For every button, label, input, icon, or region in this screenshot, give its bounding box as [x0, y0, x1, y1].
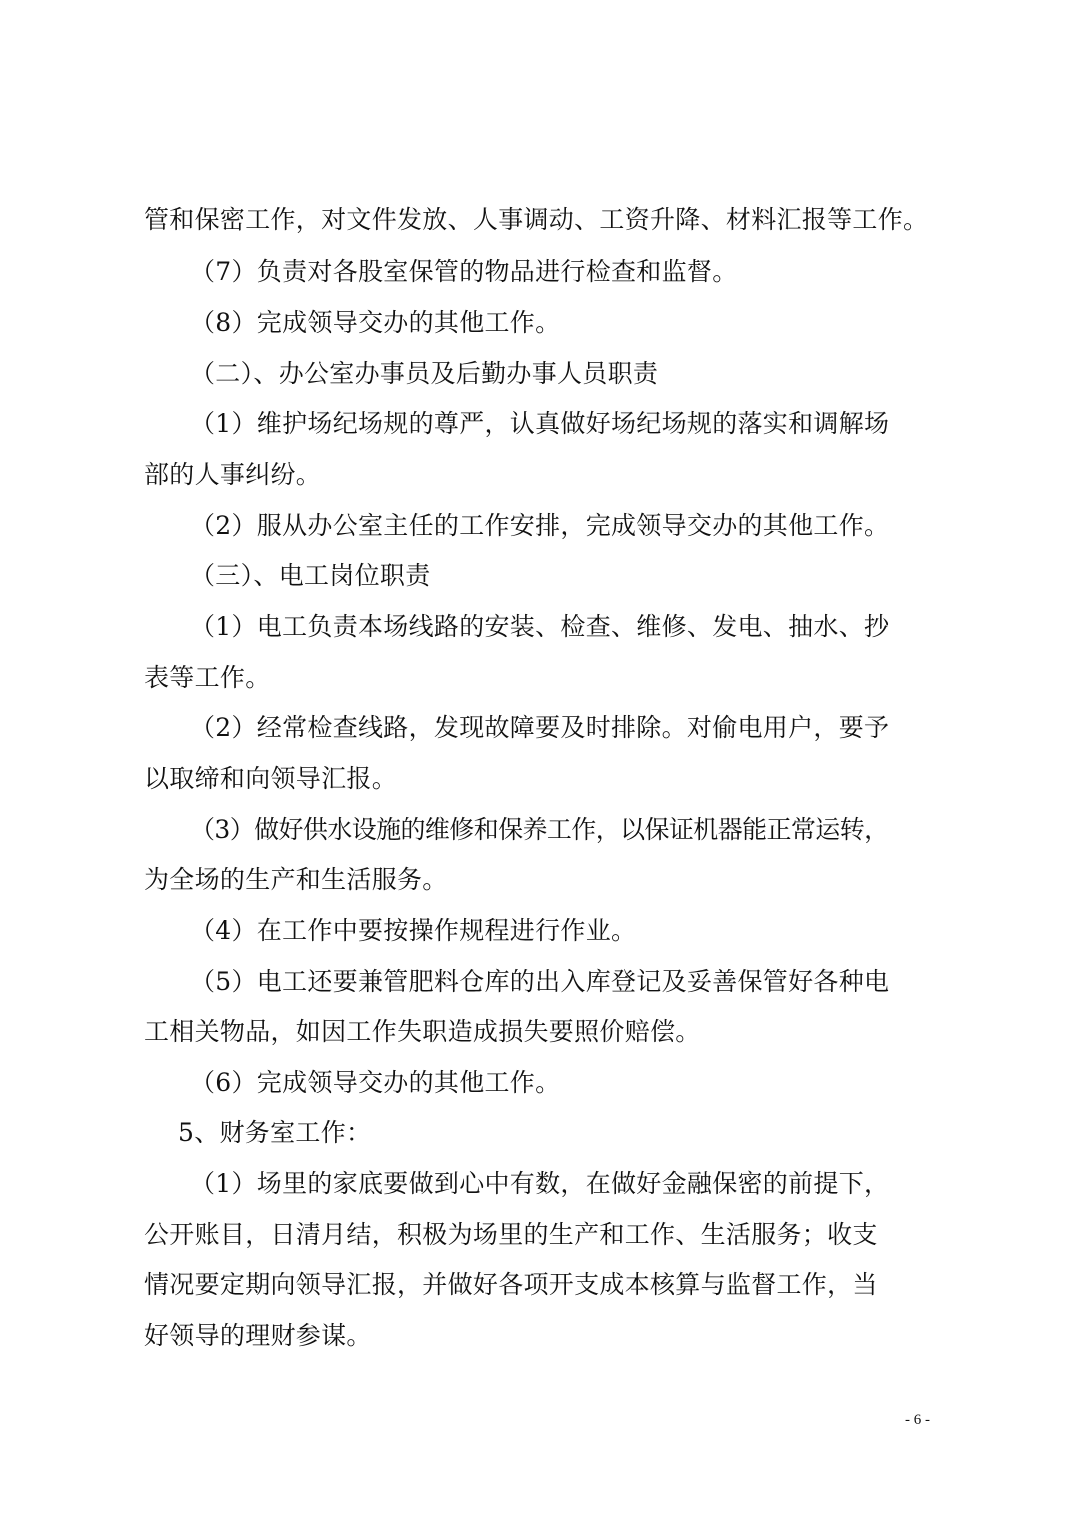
text-line: 好领导的理财参谋。 — [144, 1321, 372, 1351]
text-line: 以取缔和向领导汇报。 — [144, 764, 397, 794]
text-line: （7）负责对各股室保管的物品进行检查和监督。 — [190, 257, 738, 287]
section-heading: （三）、电工岗位职责 — [190, 561, 431, 591]
text-line: （8）完成领导交办的其他工作。 — [190, 308, 560, 338]
text-line: （1）场里的家底要做到心中有数，在做好金融保密的前提下， — [190, 1169, 889, 1199]
text-line: 工相关物品，如因工作失职造成损失要照价赔偿。 — [144, 1017, 701, 1047]
page-number: - 6 - — [905, 1412, 930, 1429]
document-page: 管和保密工作，对文件发放、人事调动、工资升降、材料汇报等工作。 （7）负责对各股… — [0, 0, 1074, 1520]
text-line: （2）经常检查线路，发现故障要及时排除。对偷电用户，要予 — [190, 713, 889, 743]
text-line: 情况要定期向领导汇报，并做好各项开支成本核算与监督工作，当 — [144, 1270, 878, 1300]
text-line: （1）电工负责本场线路的安装、检查、维修、发电、抽水、抄 — [190, 612, 889, 642]
text-line: 为全场的生产和生活服务。 — [144, 865, 448, 895]
text-line: （6）完成领导交办的其他工作。 — [190, 1068, 560, 1098]
text-line: 表等工作。 — [144, 663, 271, 693]
text-line: （2）服从办公室主任的工作安排，完成领导交办的其他工作。 — [190, 511, 889, 541]
text-line: 管和保密工作，对文件发放、人事调动、工资升降、材料汇报等工作。 — [144, 205, 928, 235]
text-line: （1）维护场纪场规的尊严，认真做好场纪场规的落实和调解场 — [190, 409, 889, 439]
text-line: （5）电工还要兼管肥料仓库的出入库登记及妥善保管好各种电 — [190, 967, 889, 997]
section-heading: 5、财务室工作： — [178, 1118, 371, 1148]
text-line: （4）在工作中要按操作规程进行作业。 — [190, 916, 636, 946]
text-line: （3）做好供水设施的维修和保养工作，以保证机器能正常运转， — [190, 815, 889, 845]
section-heading: （二）、办公室办事员及后勤办事人员职责 — [190, 359, 658, 389]
text-line: 部的人事纠纷。 — [144, 460, 321, 490]
text-line: 公开账目，日清月结，积极为场里的生产和工作、生活服务；收支 — [144, 1220, 878, 1250]
